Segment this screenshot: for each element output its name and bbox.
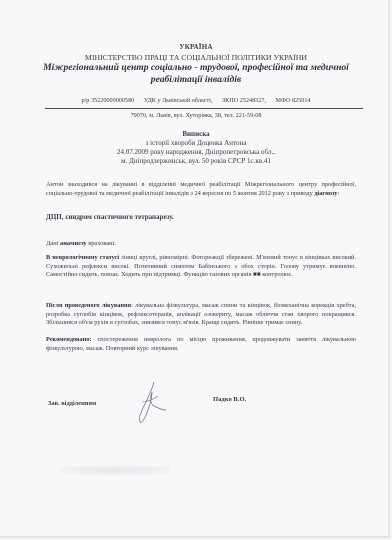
organization-name: Міжрегіональний центр соціально - трудов… [20,62,372,86]
recommendation-paragraph: Рекомендовано: спостереження невролога п… [46,336,356,353]
subtitle-line: з історії хвороби Доценка Антона [0,139,392,148]
bank-details: р/р 35220009000580 УДК у Львівській обла… [0,97,392,104]
ministry-heading: МІНІСТЕРСТВО ПРАЦІ ТА СОЦІАЛЬНОЇ ПОЛІТИК… [0,53,392,62]
treatment-paragraph: Після проведеного лікування: лікувальна … [46,302,356,328]
paper-smudge [60,465,170,475]
signatory-position: Зав. відділенням [48,400,96,407]
intro-paragraph: Антон знаходився на лікуванні в відділен… [46,181,356,198]
country-heading: УКРАЇНА [0,43,392,51]
bank-treasury: УДК у Львівській області, [144,97,213,104]
redacted-mark: ■■ [253,271,261,278]
document-subtitle: з історії хвороби Доценка Антона 24.07.2… [0,139,392,166]
signatory-name: Падко В.О. [213,396,246,403]
diagnosis: ДЦП, синдром спастичного тетрапарезу. [46,213,174,221]
document-page: УКРАЇНА МІНІСТЕРСТВО ПРАЦІ ТА СОЦІАЛЬНОЇ… [0,0,390,538]
organization-address: 79070, м. Львів, вул. Хуторівка, 38, тел… [0,112,392,119]
header-divider [45,108,363,109]
subtitle-line: м. Дніпродзержинськ, вул. 50 років СРСР … [0,157,392,166]
anamnesis-line: Дані анамнезу враховані. [46,240,116,247]
document-title: Виписка [0,130,392,138]
subtitle-line: 24.07.2009 року народження, Дніпропетров… [0,148,392,157]
bank-account: р/р 35220009000580 [81,97,134,104]
neurological-status-paragraph: В неврологічному статусі зіниці круглі, … [46,254,356,280]
bank-mfo: МФО 825014 [276,97,311,104]
bank-edrpou: ЗКПО 25248327, [222,97,266,104]
handwritten-signature-icon [130,380,170,424]
